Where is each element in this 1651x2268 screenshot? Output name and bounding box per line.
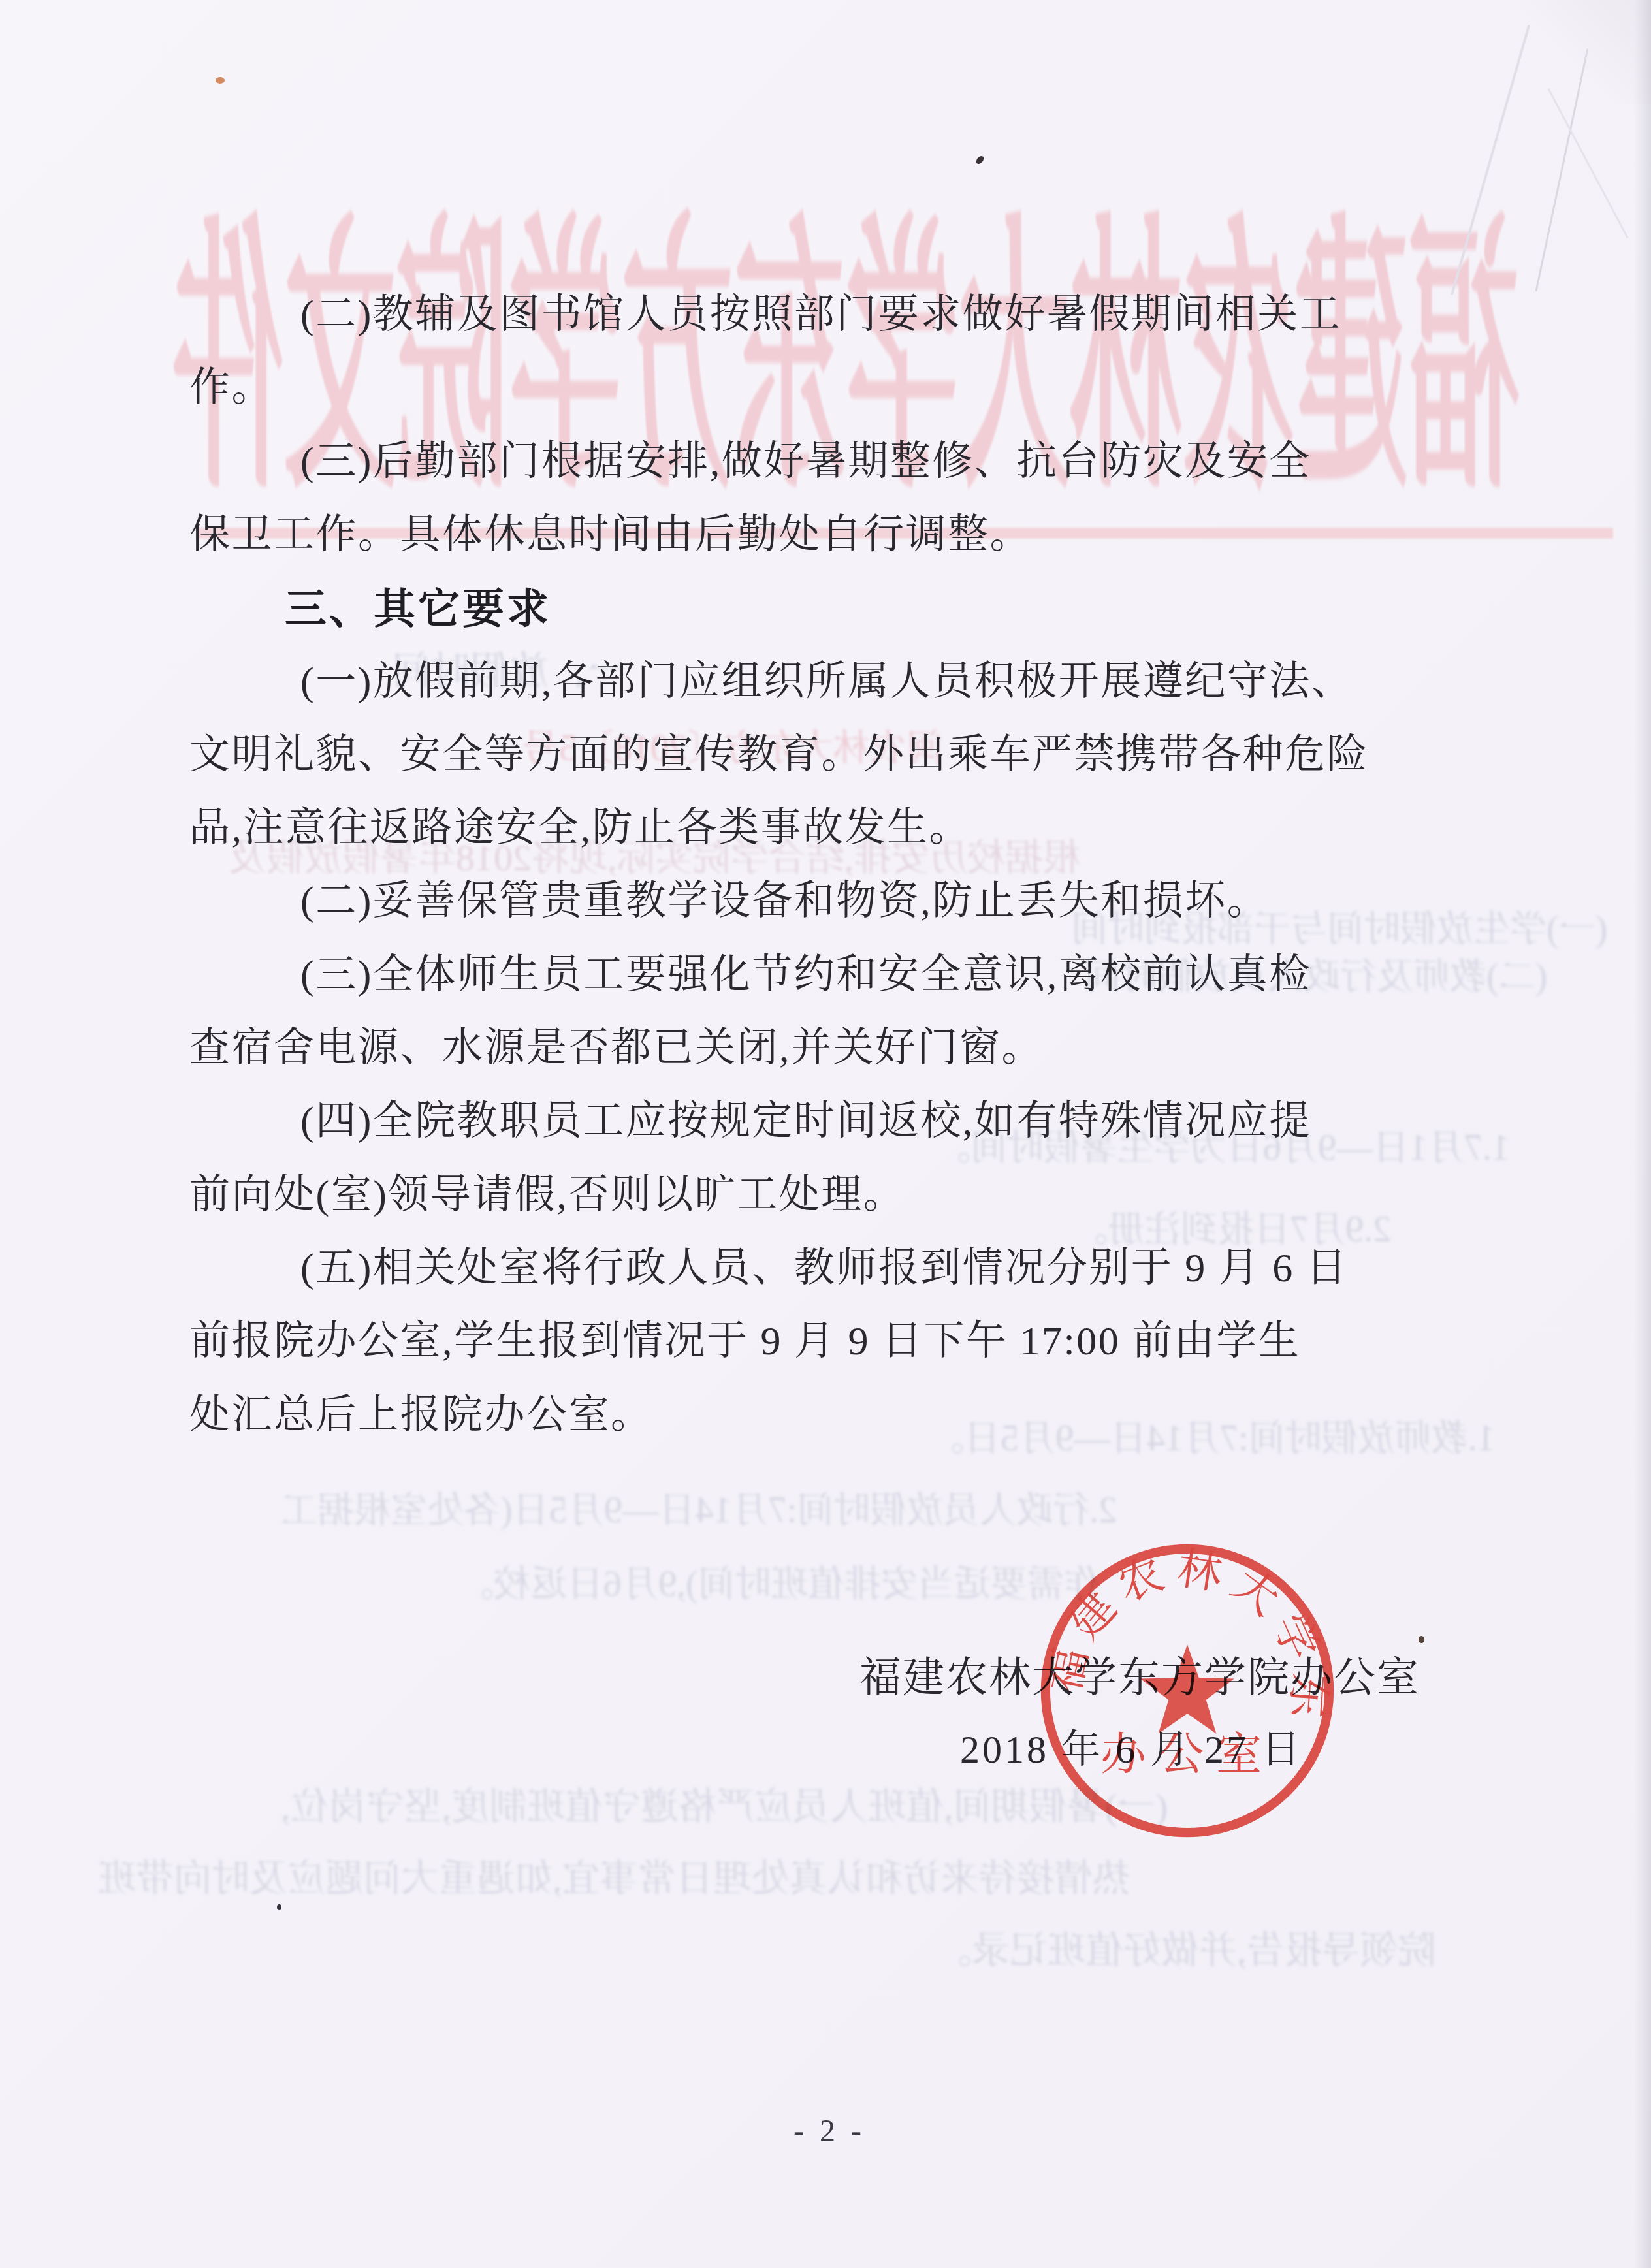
body-line: 处汇总后上报院办公室。 <box>189 1395 653 1435</box>
document-text-layer: (二)教辅及图书馆人员按照部门要求做好暑假期间相关工作。(三)后勤部门根据安排,… <box>0 0 1651 2268</box>
body-line: 保卫工作。具体休息时间由后勤处自行调整。 <box>189 515 1032 555</box>
body-line: (四)全院教职员工应按规定时间返校,如有特殊情况应提 <box>300 1101 1311 1142</box>
body-line: (二)妥善保管贵重教学设备和物资,防止丢失和损坏。 <box>300 881 1269 921</box>
body-line: (二)教辅及图书馆人员按照部门要求做好暑假期间相关工 <box>300 295 1341 335</box>
body-line: 品,注意往返路途安全,防止各类事故发生。 <box>189 808 971 848</box>
body-line: 文明礼貌、安全等方面的宣传教育。外出乘车严禁携带各种危险 <box>189 735 1369 775</box>
star-icon <box>1140 1644 1234 1734</box>
body-line: (三)后勤部门根据安排,做好暑期整修、抗台防灾及安全 <box>300 441 1311 482</box>
scan-edge-shadow <box>1634 0 1651 2268</box>
body-line: (三)全体师生员工要强化节约和安全意识,离校前认真检 <box>300 955 1311 995</box>
section-heading: 三、其它要求 <box>285 588 551 630</box>
body-line: 前向处(室)领导请假,否则以旷工处理。 <box>189 1175 905 1215</box>
body-line: 作。 <box>189 368 274 408</box>
official-seal: 福建农林大学东方学院 办公室 <box>1033 1537 1341 1845</box>
seal-bottom-text: 办公室 <box>1100 1730 1274 1780</box>
paper-speck <box>216 77 225 84</box>
body-line: (五)相关处室将行政人员、教师报到情况分别于 9 月 6 日 <box>300 1248 1348 1288</box>
ink-speck <box>1419 1636 1424 1643</box>
body-line: (一)放假前期,各部门应组织所属人员积极开展遵纪守法、 <box>300 662 1353 702</box>
scanned-document-page: 福建农林大学东方学院文件 一、放假时间闽农林大东方〔2018〕5号根据校历安排,… <box>0 0 1651 2268</box>
body-line: 查宿舍电源、水源是否都已关闭,并关好门窗。 <box>189 1028 1044 1068</box>
body-line: 前报院办公室,学生报到情况于 9 月 9 日下午 17:00 前由学生 <box>189 1321 1300 1362</box>
ink-speck <box>277 1904 281 1910</box>
page-number: - 2 - <box>751 2116 908 2147</box>
